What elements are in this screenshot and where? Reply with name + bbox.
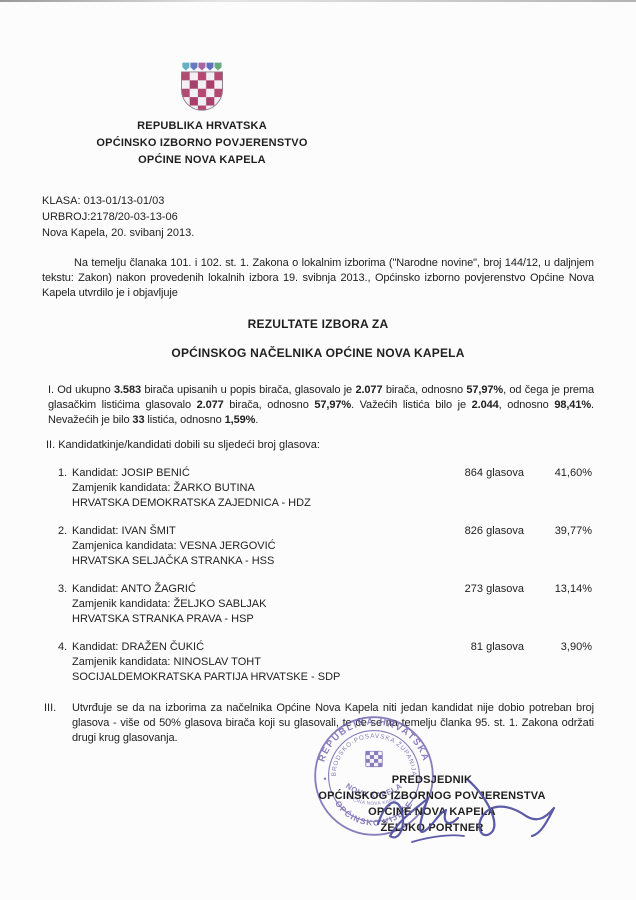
candidate-party-line: HRVATSKA STRANKA PRAVA - HSP: [72, 612, 438, 627]
section-2-heading: II. Kandidatkinje/kandidati dobili su sl…: [46, 438, 594, 453]
candidate-deputy-line: Zamjenik kandidata: ŽELJKO SABLJAK: [72, 597, 438, 612]
candidate-name-line: Kandidat: JOSIP BENIĆ: [72, 466, 438, 481]
candidate-deputy-line: Zamjenica kandidata: VESNA JERGOVIĆ: [72, 539, 438, 554]
candidate-name-line: Kandidat: ANTO ŽAGRIĆ: [72, 582, 438, 597]
candidate-info: Kandidat: DRAŽEN ČUKIĆ Zamjenik kandidat…: [72, 640, 438, 685]
candidate-percent: 39,77%: [534, 524, 592, 539]
handwritten-signature: [372, 772, 577, 860]
candidate-votes: 81 glasova: [438, 640, 524, 655]
stamp-coat-of-arms: [366, 751, 383, 766]
document-header: REPUBLIKA HRVATSKA OPĆINSKO IZBORNO POVJ…: [42, 0, 362, 169]
candidate-info: Kandidat: ANTO ŽAGRIĆ Zamjenik kandidata…: [72, 582, 438, 627]
candidate-number: 2.: [58, 524, 72, 569]
candidate-votes: 826 glasova: [438, 524, 524, 539]
coa-crown: [182, 63, 221, 71]
signature-scrawl-icon: [372, 772, 577, 860]
candidate-stats: 273 glasova 13,14%: [438, 582, 594, 627]
candidate-stats: 826 glasova 39,77%: [438, 524, 594, 569]
candidate-number: 4.: [58, 640, 72, 685]
candidate-row-4: 4. Kandidat: DRAŽEN ČUKIĆ Zamjenik kandi…: [58, 640, 594, 685]
candidate-row-1: 1. Kandidat: JOSIP BENIĆ Zamjenik kandid…: [58, 466, 594, 511]
place-date-line: Nova Kapela, 20. svibanj 2013.: [42, 225, 594, 241]
candidate-row-3: 3. Kandidat: ANTO ŽAGRIĆ Zamjenik kandid…: [58, 582, 594, 627]
section-1-paragraph: I. Od ukupno 3.583 birača upisanih u pop…: [48, 383, 594, 428]
candidate-row-2: 2. Kandidat: IVAN ŠMIT Zamjenica kandida…: [58, 524, 594, 569]
preamble-paragraph: Na temelju članaka 101. i 102. st. 1. Za…: [42, 256, 594, 301]
candidate-stats: 864 glasova 41,60%: [438, 466, 594, 511]
scanned-document-page: REPUBLIKA HRVATSKA OPĆINSKO IZBORNO POVJ…: [0, 0, 636, 900]
candidate-name-line: Kandidat: DRAŽEN ČUKIĆ: [72, 640, 438, 655]
candidate-name-line: Kandidat: IVAN ŠMIT: [72, 524, 438, 539]
section-3-number: III.: [44, 701, 72, 746]
candidate-deputy-line: Zamjenik kandidata: ŽARKO BUTINA: [72, 481, 438, 496]
org-name-line3: OPĆINE NOVA KAPELA: [42, 152, 362, 169]
org-name-line1: REPUBLIKA HRVATSKA: [42, 118, 362, 135]
org-name-line2: OPĆINSKO IZBORNO POVJERENSTVO: [42, 135, 362, 152]
urbroj-line: URBROJ:2178/20-03-13-06: [42, 209, 594, 225]
candidate-stats: 81 glasova 3,90%: [438, 640, 594, 685]
candidate-votes: 864 glasova: [438, 466, 524, 481]
candidate-party-line: HRVATSKA SELJAČKA STRANKA - HSS: [72, 554, 438, 569]
klasa-line: KLASA: 013-01/13-01/03: [42, 193, 594, 209]
candidate-percent: 41,60%: [534, 466, 592, 481]
candidate-number: 1.: [58, 466, 72, 511]
candidate-info: Kandidat: JOSIP BENIĆ Zamjenik kandidata…: [72, 466, 438, 511]
candidate-percent: 3,90%: [534, 640, 592, 655]
candidate-votes: 273 glasova: [438, 582, 524, 597]
candidate-percent: 13,14%: [534, 582, 592, 597]
document-meta: KLASA: 013-01/13-01/03 URBROJ:2178/20-03…: [42, 193, 594, 241]
candidate-number: 3.: [58, 582, 72, 627]
candidate-info: Kandidat: IVAN ŠMIT Zamjenica kandidata:…: [72, 524, 438, 569]
document-title-line1: REZULTATE IZBORA ZA: [42, 317, 594, 331]
candidate-party-line: SOCIJALDEMOKRATSKA PARTIJA HRVATSKE - SD…: [72, 670, 438, 685]
candidate-party-line: HRVATSKA DEMOKRATSKA ZAJEDNICA - HDZ: [72, 496, 438, 511]
croatian-coat-of-arms-icon: [174, 58, 230, 112]
document-title-line2: OPĆINSKOG NAČELNIKA OPĆINE NOVA KAPELA: [42, 346, 594, 360]
candidate-deputy-line: Zamjenik kandidata: NINOSLAV TOHT: [72, 655, 438, 670]
coa-shield: [181, 72, 222, 111]
